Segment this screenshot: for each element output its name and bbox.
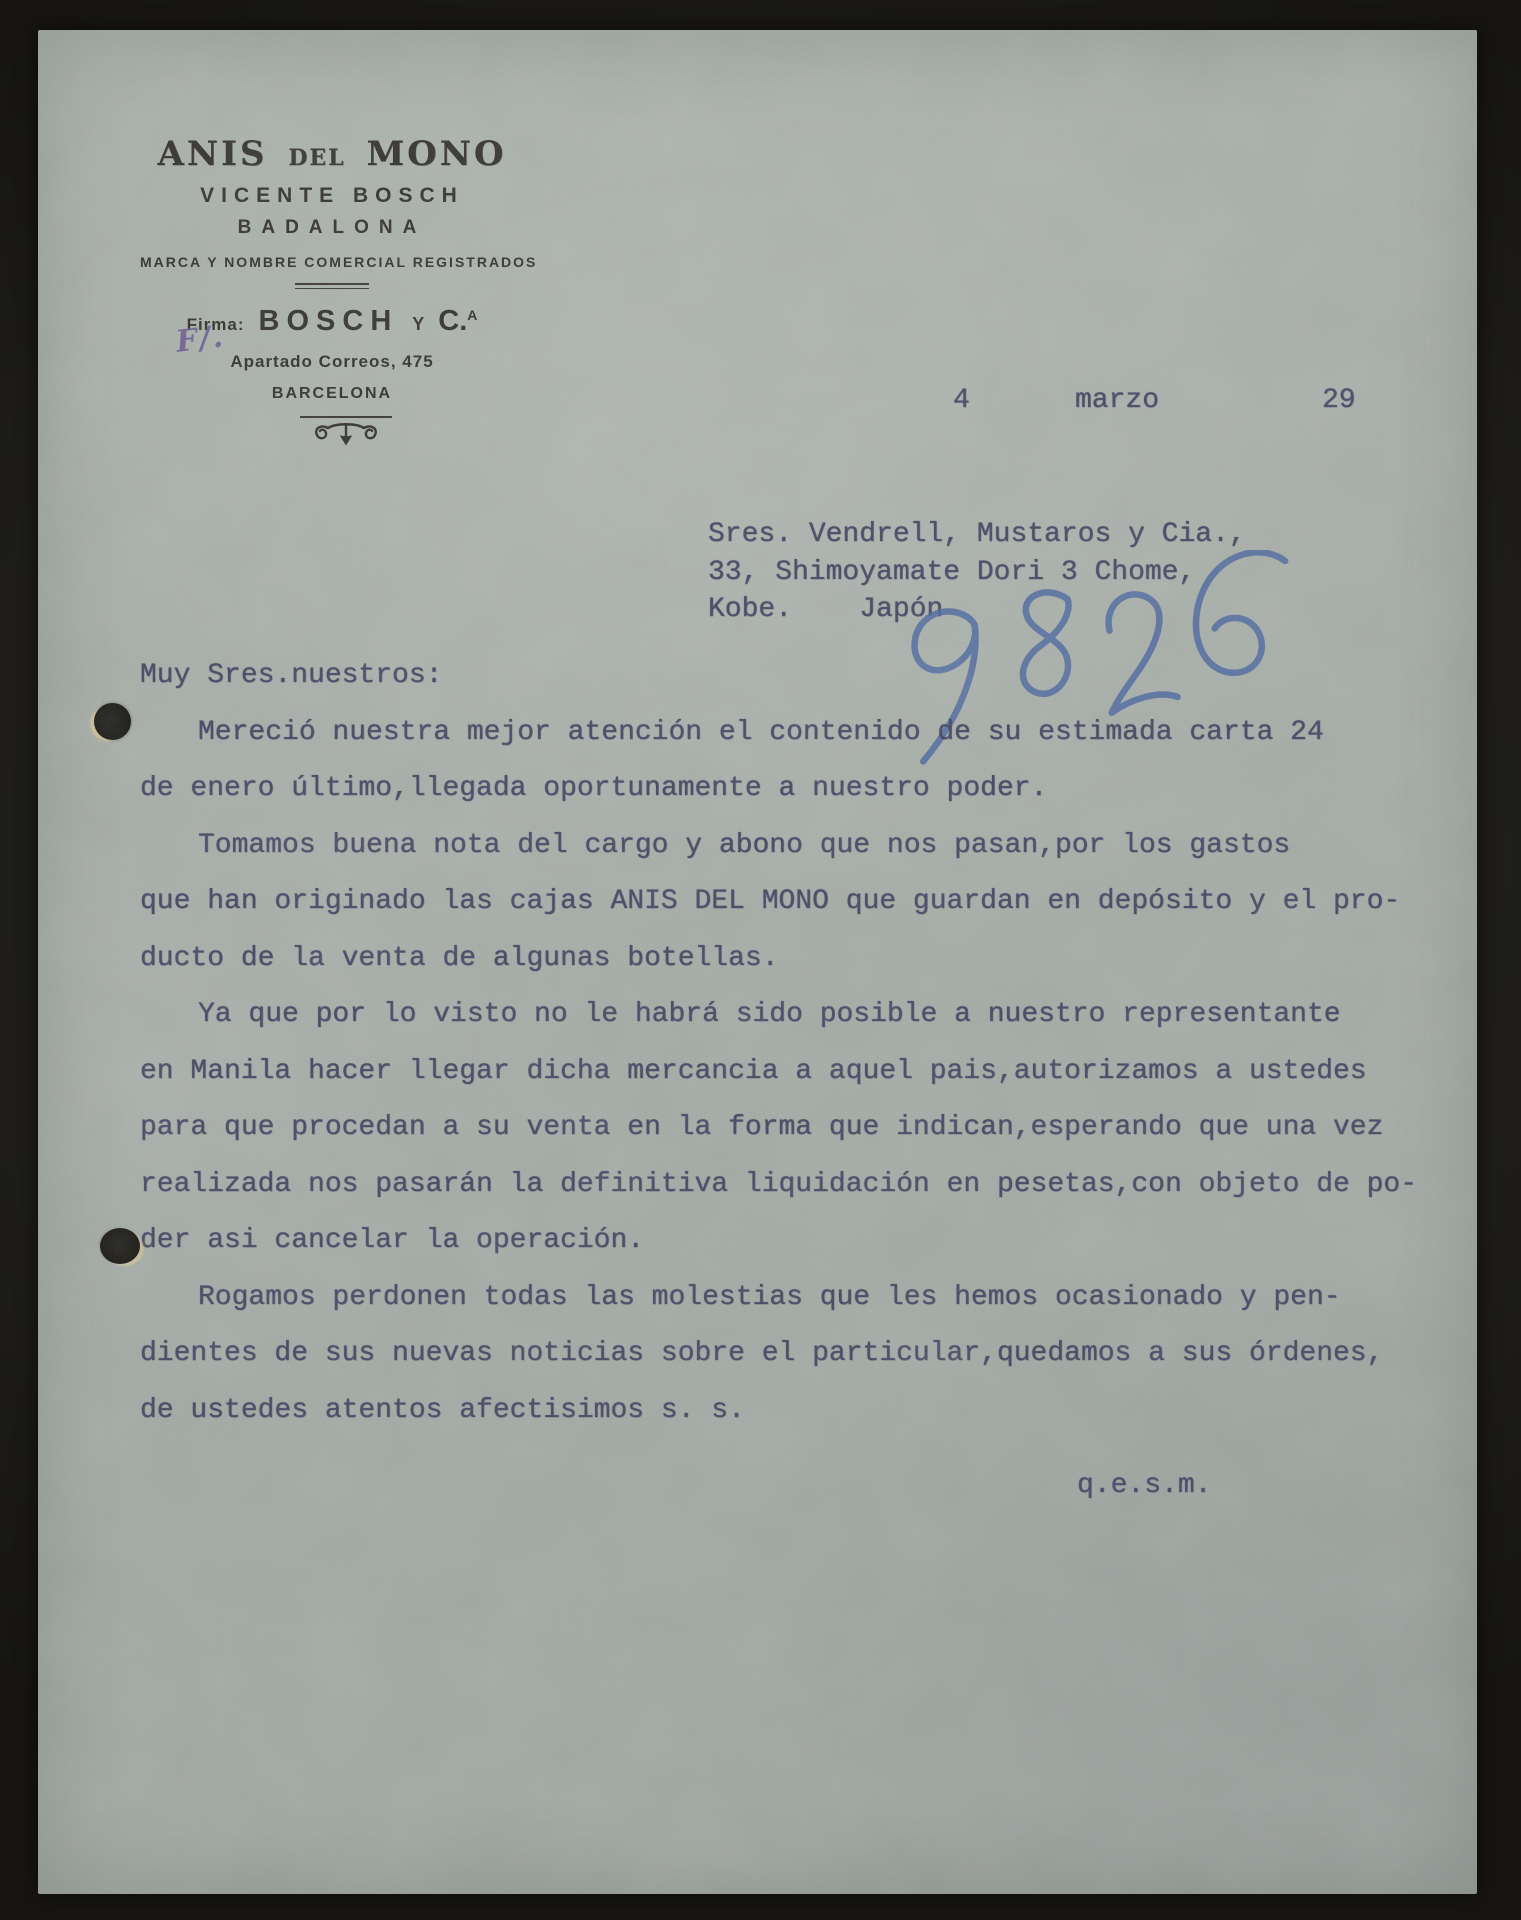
recipient-name: Sres. Vendrell, Mustaros y Cia., bbox=[708, 516, 1246, 554]
date-year: 29 bbox=[1322, 385, 1356, 416]
paragraph-line: Tomamos buena nota del cargo y abono que… bbox=[140, 818, 1440, 875]
brand-title: ANIS DEL MONO bbox=[140, 136, 524, 176]
letter-paper: ANIS DEL MONO VICENTE BOSCH BADALONA MAR… bbox=[38, 30, 1477, 1894]
closing-formula: q.e.s.m. bbox=[1077, 1458, 1211, 1514]
paragraph-line: dientes de sus nuevas noticias sobre el … bbox=[140, 1326, 1440, 1383]
owner-name: VICENTE BOSCH bbox=[140, 185, 524, 207]
salutation: Muy Sres.nuestros: bbox=[140, 648, 1440, 705]
letterhead: ANIS DEL MONO VICENTE BOSCH BADALONA MAR… bbox=[140, 136, 524, 454]
paragraph-line: para que procedan a su venta en la forma… bbox=[140, 1100, 1440, 1157]
brand-word-anis: ANIS bbox=[158, 134, 268, 174]
brand-word-mono: MONO bbox=[366, 134, 506, 174]
paragraph-line: de ustedes atentos afectisimos s. s. bbox=[140, 1383, 1440, 1440]
punch-hole bbox=[94, 703, 131, 740]
firma-cia: C.A bbox=[438, 300, 477, 336]
date-month: marzo bbox=[1075, 385, 1159, 416]
paragraph-line: realizada nos pasarán la definitiva liqu… bbox=[140, 1157, 1440, 1214]
rule-divider bbox=[300, 416, 392, 418]
brand-word-del: DEL bbox=[282, 145, 351, 171]
brand-city: BADALONA bbox=[140, 218, 524, 238]
letter-body: Muy Sres.nuestros: Mereció nuestra mejor… bbox=[140, 648, 1440, 1439]
firma-company: BOSCH bbox=[259, 306, 399, 336]
paragraph-line: de enero último,llegada oportunamente a … bbox=[140, 761, 1440, 818]
paragraph-line: Ya que por lo visto no le habrá sido pos… bbox=[140, 987, 1440, 1044]
paragraph-line: Rogamos perdonen todas las molestias que… bbox=[140, 1270, 1440, 1327]
scanned-letter-page: { "scan": { "background_color": "#1d1c19… bbox=[0, 0, 1521, 1920]
punch-hole bbox=[100, 1228, 140, 1264]
paragraph-line: der asi cancelar la operación. bbox=[140, 1213, 1440, 1270]
trademark-notice: MARCA Y NOMBRE COMERCIAL REGISTRADOS bbox=[140, 255, 524, 270]
paragraph-line: en Manila hacer llegar dicha mercancia a… bbox=[140, 1044, 1440, 1101]
paragraph-line: ducto de la venta de algunas botellas. bbox=[140, 931, 1440, 988]
double-rule-divider bbox=[295, 283, 369, 289]
paragraph-line: Mereció nuestra mejor atención el conten… bbox=[140, 705, 1440, 762]
firma-y: Y bbox=[412, 309, 424, 339]
office-city: BARCELONA bbox=[140, 385, 524, 403]
paragraph-line: que han originado las cajas ANIS DEL MON… bbox=[140, 874, 1440, 931]
date-day: 4 bbox=[953, 385, 970, 416]
file-mark-annotation: F/. bbox=[174, 319, 227, 360]
flourish-ornament-icon bbox=[154, 421, 538, 454]
